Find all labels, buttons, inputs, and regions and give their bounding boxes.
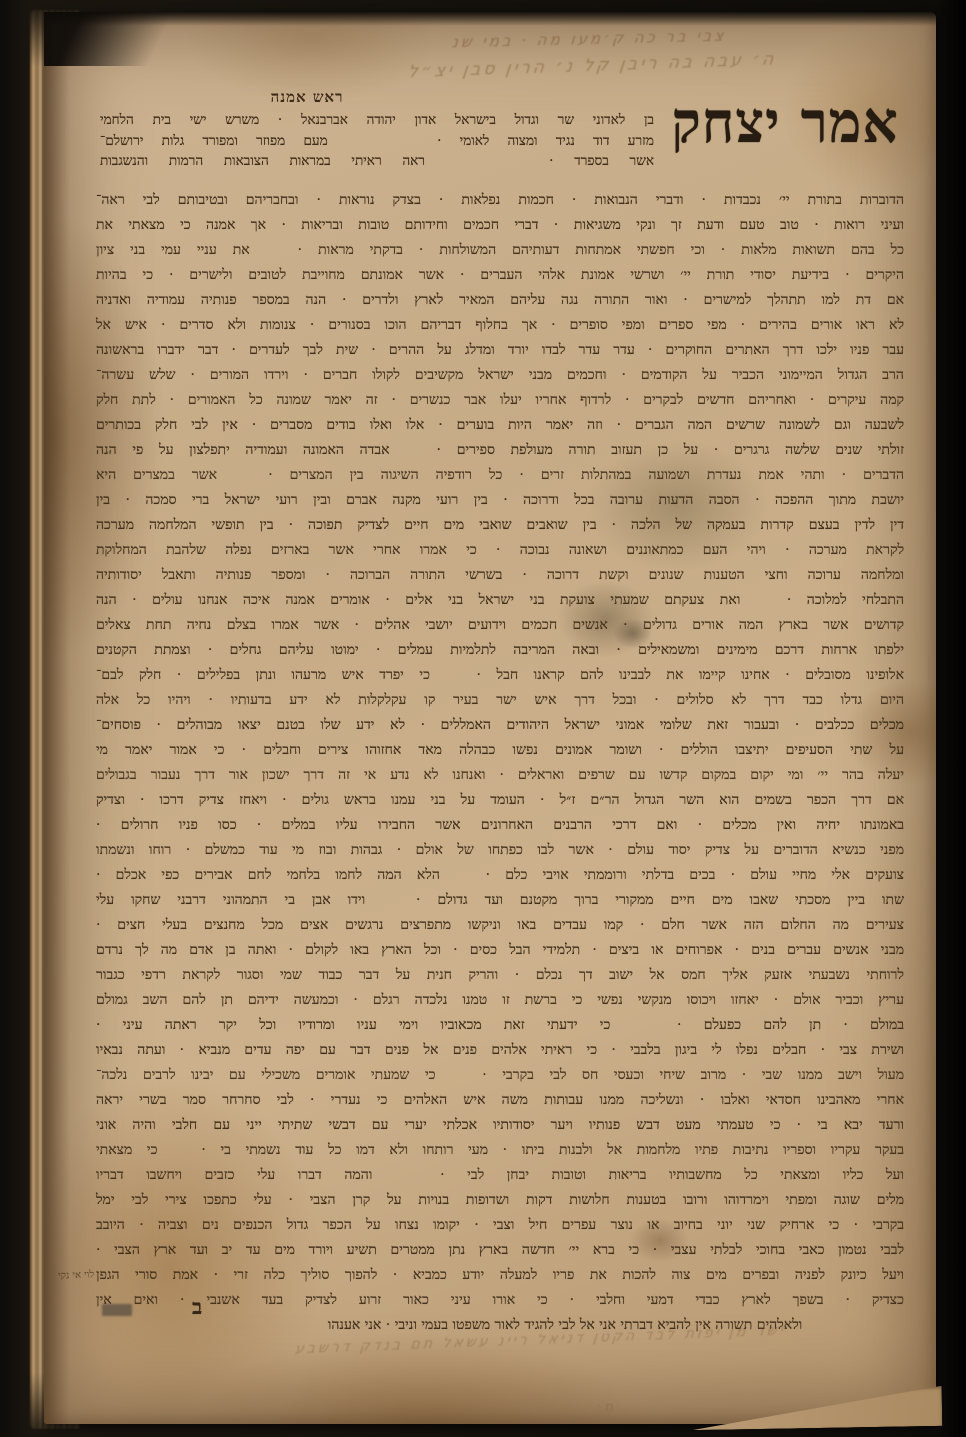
text-line: אחרי מאהבינו חסדאי ואלבו · ונשליכה ממנו … [96, 1088, 904, 1113]
text-line: הרב הגדול המיימוני הכביר על הקודמים · וח… [96, 363, 904, 388]
text-line: הדברים · ותהי אמת נעדרת ושמועה במהתלות ז… [96, 463, 904, 488]
text-line: עריץ וכביר אולם · יאחזו ויכוסו מנקשי נפש… [96, 988, 904, 1013]
header-row: אמר יצחק ראש אמנה בן לאדוני שר וגדול ביש… [100, 86, 906, 186]
photo-frame: צבי בר כה ק׳מעו מה · במי שנ ה׳ עבה בה רי… [0, 0, 966, 1437]
text-line: היקרים · בידיעת יסודי תורת יי׳ ושרשי אמו… [96, 263, 904, 288]
text-line: מכלים ככלבים · ובעבור זאת שלומי אמוני יש… [96, 713, 904, 738]
top-shadow-band [44, 12, 936, 26]
running-head: ראש אמנה [100, 88, 514, 107]
opening-lines: בן לאדוני שר וגדול בישראל אדון יהודה אבר… [100, 110, 654, 172]
text-line: לקראת מערכה · ויהי העם כמתאוננים ושאונה … [96, 538, 904, 563]
text-line: היום גדלו כבד דרך לא סלולים · ובכל דרך א… [96, 688, 904, 713]
text-line: ושירת צבי · חבלים נפלו לי ביגון בלבבי · … [96, 1038, 904, 1063]
text-line: מבני אנשים עברים בנים · אפרוחים או ביצים… [96, 938, 904, 963]
text-line: מפני כנשיא הדוברים על צדיק יסוד עולם · א… [96, 838, 904, 863]
text-line: שתו ביין מסכתי שאבו מים חיים ממקורי ברוך… [96, 888, 904, 913]
text-line: ורעד יבא בי · כי טעמתי מעט דבש פנותיו וי… [96, 1113, 904, 1138]
body-text-block: הדוברות בתורת יי׳ נכבדות · ודברי הנבואות… [96, 188, 904, 1338]
body-lines: הדוברות בתורת יי׳ נכבדות · ודברי הנבואות… [96, 188, 904, 1313]
manuscript-page: צבי בר כה ק׳מעו מה · במי שנ ה׳ עבה בה רי… [44, 12, 936, 1424]
text-line: בעקר עקריו וספריו נתיבות פתיו מלחמות אל … [96, 1138, 904, 1163]
handwritten-annotation-top-1: צבי בר כה ק׳מעו מה · במי שנ [451, 27, 727, 52]
text-line: ועל כליו ומצאתי כל מחשבותיו בריאות וטובו… [96, 1163, 904, 1188]
text-line: התבלחי למלוכה · ואת צעקתם שמעתי צועקת בנ… [96, 588, 904, 613]
text-line: זולתי שנים שלשה גרגרים · על כן תעזוב תור… [96, 438, 904, 463]
text-line: הדוברות בתורת יי׳ נכבדות · ודברי הנבואות… [96, 188, 904, 213]
text-line: דין לדין בעצם קדרות בעמקה של הלכה · בין … [96, 513, 904, 538]
text-line: ועיני רואות · טוב טעם ודעת זך ונקי משגיא… [96, 213, 904, 238]
text-line: בקרבי · כי ארחיק שני יוני בחיוב או נוצר … [96, 1213, 904, 1238]
text-line: ויעל כיונק לפניה ובפרים מים צוה להכות את… [96, 1263, 904, 1288]
text-line: אשר בספרד · ראה ראיתי במראות הצובאות הרמ… [100, 151, 654, 172]
text-line: מזרע דוד נגיד ומצוה לאומי · מעם מפוזר ומ… [100, 131, 654, 152]
text-line: לשבעה וגם לשמונה שרשים המה הגברים · וזה … [96, 413, 904, 438]
text-line: באמונתו יחיה ואין מכלים · ואם דרכי הרבני… [96, 813, 904, 838]
gutter-shadow [44, 12, 70, 1424]
handwritten-annotation-top-2: ה׳ עבה בה ריבן קל נ׳ הרין סבן יצ״ל [406, 50, 777, 83]
text-line: מלים שוגה ומפתי וימרדוהו ורובו בטענות חל… [96, 1188, 904, 1213]
text-line: מעול וישב ממנו שבי · מרוב שיחי וכעסי חס … [96, 1063, 904, 1088]
text-line: לא ראו אורים בהירים · מפי ספרים ומפי סופ… [96, 313, 904, 338]
top-left-shadow [44, 12, 234, 66]
library-stamp [102, 1304, 132, 1316]
text-line: צועקים אלי מחיי עולם · בכים בדלתי ורוממת… [96, 863, 904, 888]
text-line: יעלה בהר יי׳ ומי יקום במקום קדשו עם שרפי… [96, 763, 904, 788]
handwritten-ink-mark: ת׳ [596, 1399, 617, 1415]
text-line: קדושים אשר בארץ המה אורים גדולים · אנשים… [96, 613, 904, 638]
text-line: ילפתו ארחות דרכם מימינים ומשמאילים · ובא… [96, 638, 904, 663]
text-line: כצדיק · בשפך לארץ כבדי דמעי וחלבי · כי א… [96, 1288, 904, 1313]
marginal-note: לוי אי נקי [58, 1269, 94, 1281]
text-line: במולם · תן להם כפעלם · כי ידעתי זאת מכאו… [96, 1013, 904, 1038]
opening-paragraph: ראש אמנה בן לאדוני שר וגדול בישראל אדון … [100, 86, 654, 186]
text-line: עבר פניו ילכו דרך האתרים החוקרים · עדר ע… [96, 338, 904, 363]
text-line: קמה עיקרים · ואחריהם חדשים לבקרים · לרדו… [96, 388, 904, 413]
text-line: על שתי הסעיפים יתיצבו הוללים · ושומר אמו… [96, 738, 904, 763]
text-line: לרוחתי נשבעתי אזעק אליך חמס אל ישוב דך נ… [96, 963, 904, 988]
under-page-corner [692, 1386, 943, 1430]
text-line: אם דת למו תתהלך למישרים · ואור התורה נגה… [96, 288, 904, 313]
text-line: ומלחמה ערוכה וחצי הטענות שנונים וקשת דרו… [96, 563, 904, 588]
text-line: בן לאדוני שר וגדול בישראל אדון יהודה אבר… [100, 110, 654, 131]
text-line: אלופינו מסובלים · אחינו קיימו את לבבינו … [96, 663, 904, 688]
book-title: אמר יצחק [664, 84, 906, 188]
text-line: לבבי נטמון כאבי בחוכי לבלתי עצבי · כי בר… [96, 1238, 904, 1263]
quire-signature-letter: ב [192, 1294, 202, 1320]
text-line: אם דרך הכפר בשמים הוא השר הגדול הר״ם ז״ל… [96, 788, 904, 813]
text-line: צעירים מה החלום הזה אשר חלם · קמו עבדים … [96, 913, 904, 938]
text-line: כל בהם תשואות מלאות · וכי חפשתי אמתחות ד… [96, 238, 904, 263]
text-line: יושבת מתוך ההפכה · הסבה הדעות ערובה בכל … [96, 488, 904, 513]
